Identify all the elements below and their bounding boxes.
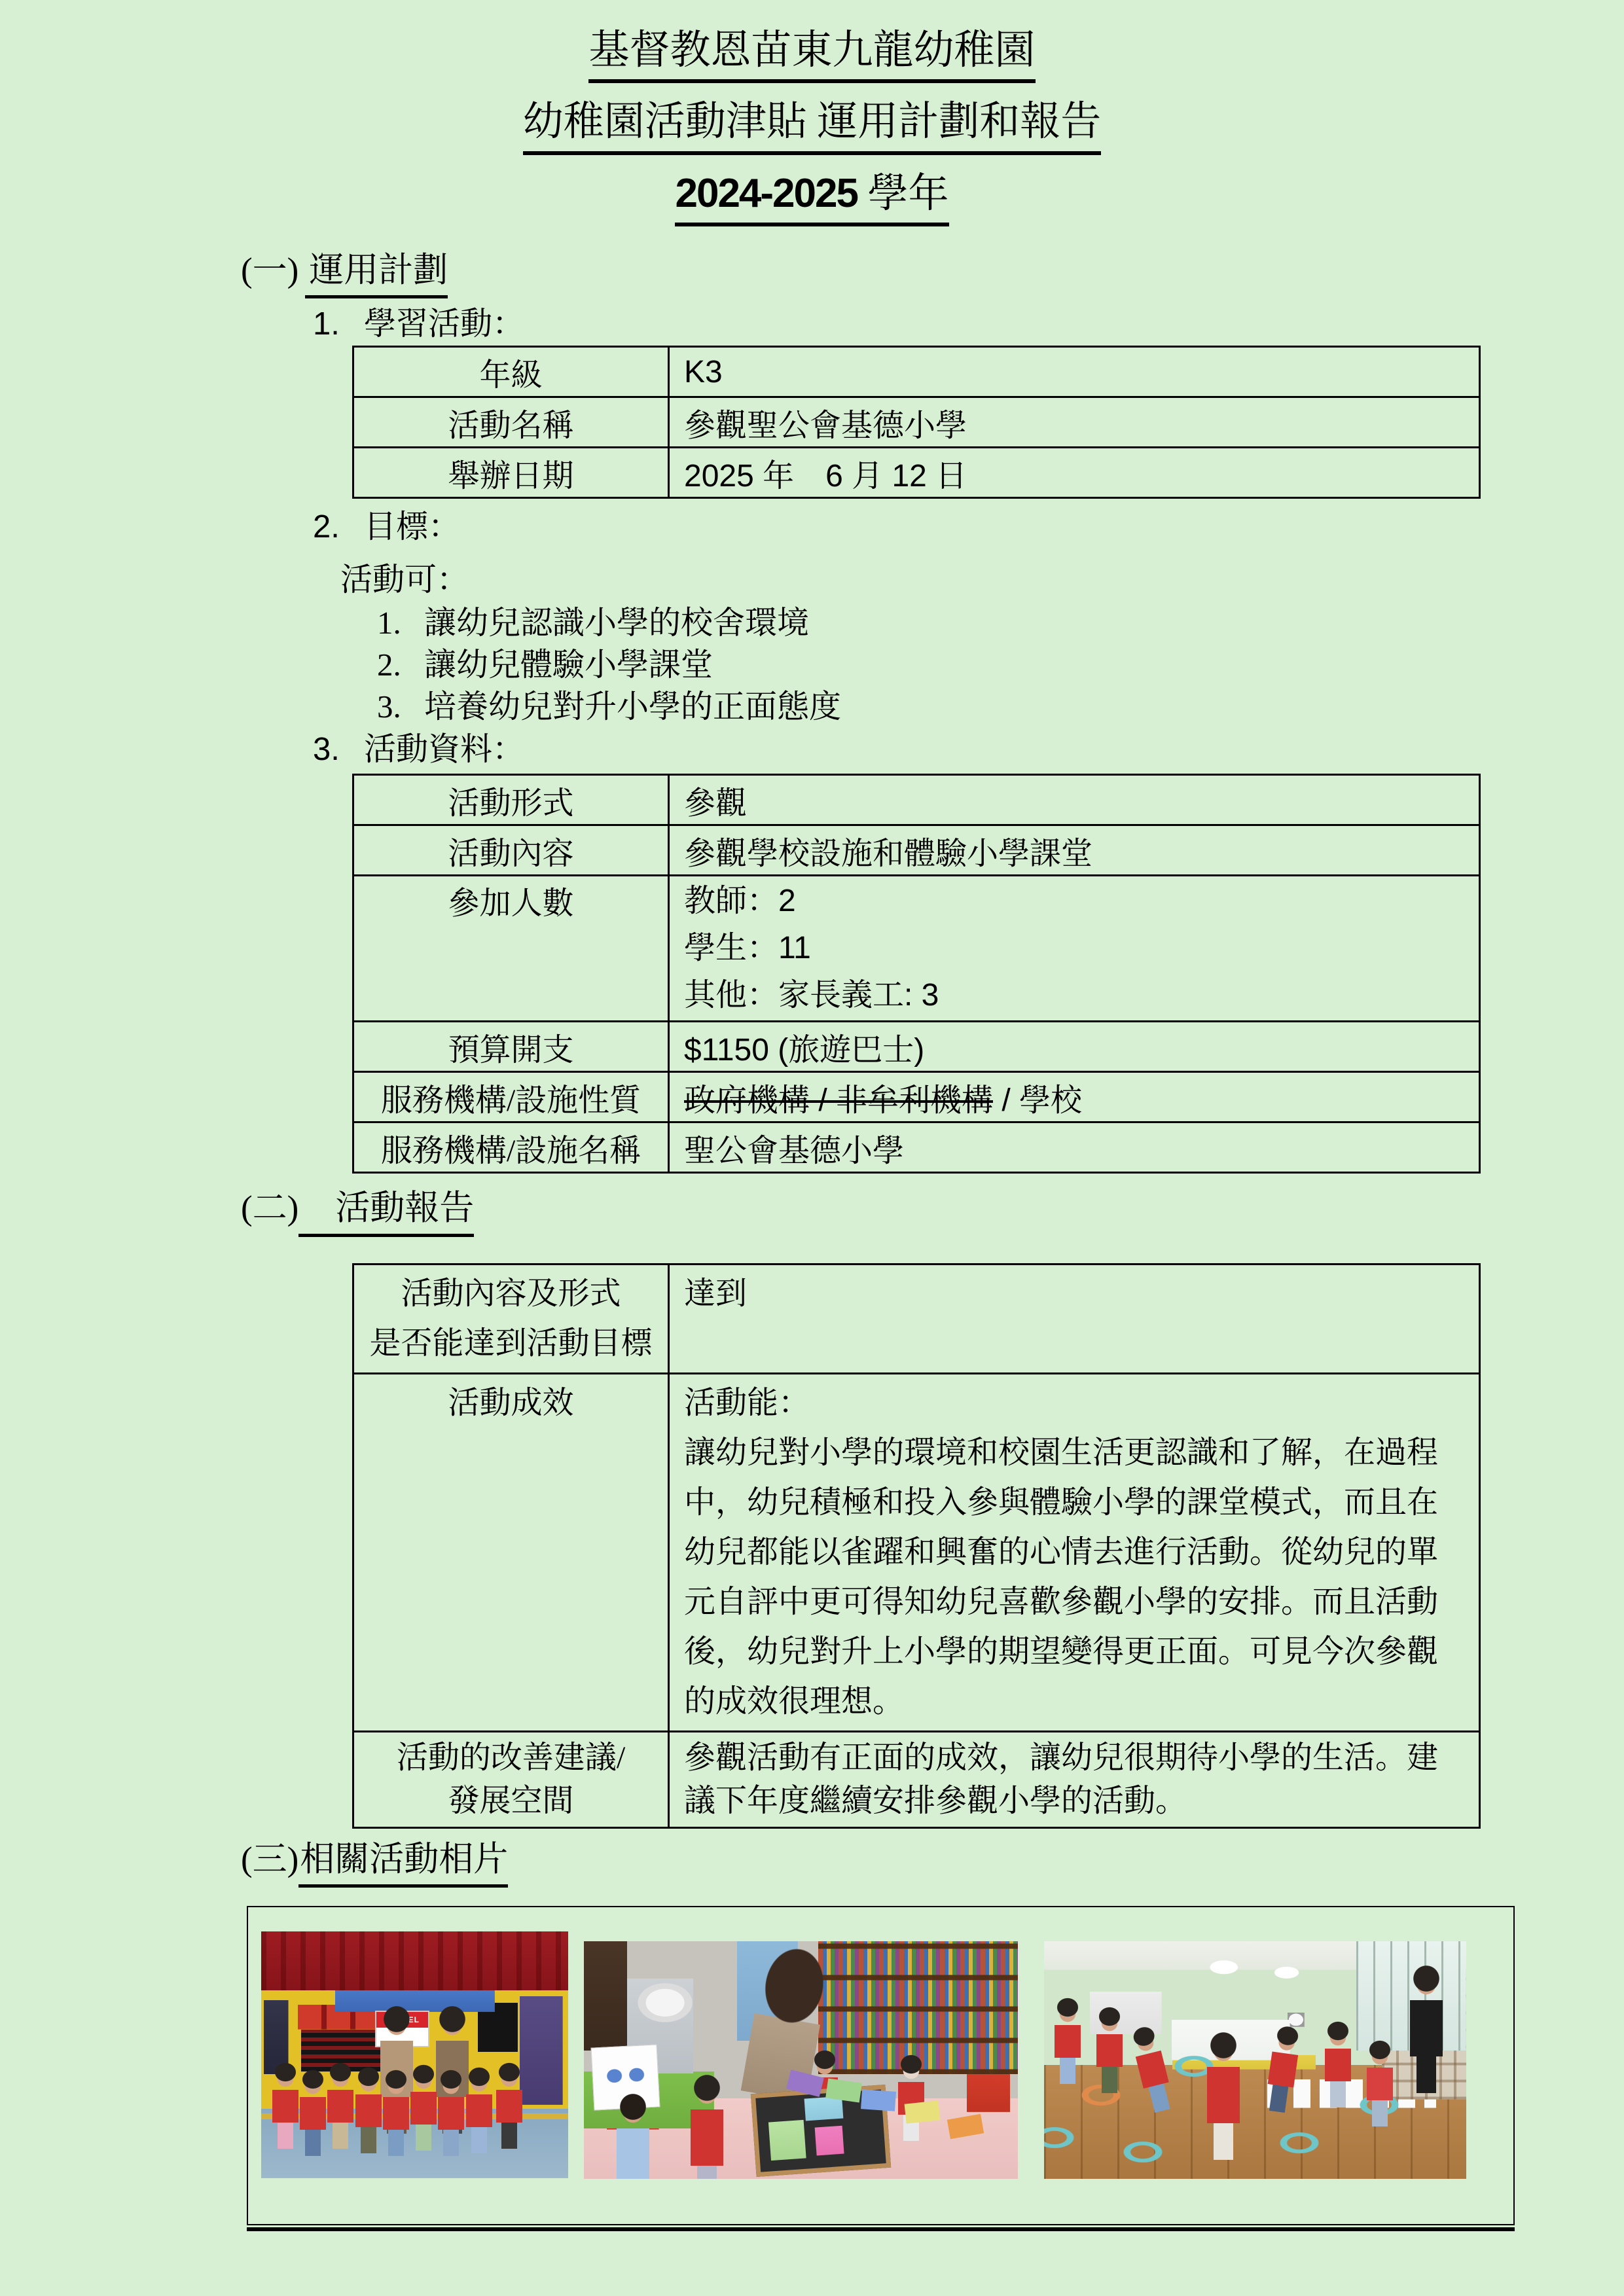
child-figure (408, 2064, 439, 2151)
row-budget-value: $1150 (旅遊巴士) (669, 1022, 1480, 1072)
participants-teachers: 教師：2 (684, 878, 1455, 925)
org-type-selected-option: / 學校 (993, 1083, 1082, 1118)
floor-marker (1044, 2125, 1077, 2150)
document-page: 基督教恩苗東九龍幼稚園 幼稚園活動津貼 運用計劃和報告 2024-2025 學年… (0, 0, 1624, 2296)
section-report-prefix: (二) (241, 1189, 298, 1227)
item-activity-info: 3. 活動資料： (313, 730, 1624, 768)
row-org-type-label: 服務機構/設施性質 (353, 1072, 669, 1122)
row-content-label: 活動內容 (353, 825, 669, 876)
goal-item: 2. 讓幼兒體驗小學課堂 (377, 644, 1624, 686)
row-content-value: 參觀學校設施和體驗小學課堂 (669, 825, 1480, 876)
school-year: 2024-2025 學年 (675, 170, 948, 226)
row-goal-met-label: 活動內容及形式 是否能達到活動目標 (353, 1264, 669, 1373)
word-card (947, 2113, 984, 2139)
year-suffix: 學年 (857, 171, 949, 216)
section-photos-title: 相關活動相片 (298, 1838, 508, 1888)
child-figure (270, 2062, 300, 2149)
report-table: 活動內容及形式 是否能達到活動目標 達到 活動成效 活動能： 讓幼兒對小學的環境… (352, 1263, 1481, 1829)
photo-box: TRAVEL BUS (247, 1906, 1515, 2225)
row-activity-name-label: 活動名稱 (353, 397, 669, 448)
goal-number: 1. (377, 602, 424, 644)
row-org-name-value: 聖公會基德小學 (669, 1122, 1480, 1173)
participants-students: 學生：11 (684, 925, 1455, 972)
table-row: 活動內容及形式 是否能達到活動目標 達到 (353, 1264, 1480, 1373)
row-org-name-label: 服務機構/設施名稱 (353, 1122, 669, 1173)
school-name: 基督教恩苗東九龍幼稚園 (588, 26, 1035, 83)
child-figure (1094, 2007, 1125, 2093)
child-figure (1323, 2021, 1353, 2108)
effect-label: 活動成效 (355, 1378, 667, 1428)
row-date-value: 2025 年 6 月 12 日 (669, 448, 1480, 498)
school-year-heading: 2024-2025 學年 (0, 170, 1624, 226)
school-hall-group-photo: TRAVEL BUS (261, 1931, 568, 2178)
activity-table: 年級 K3 活動名稱 參觀聖公會基德小學 舉辦日期 2025 年 6 月 12 … (352, 346, 1481, 499)
child-figure (1053, 1998, 1083, 2084)
year-range: 2024-2025 (675, 171, 857, 216)
document-title: 幼稚園活動津貼 運用計劃和報告 (523, 98, 1102, 154)
goal-number: 3. (377, 686, 424, 728)
child-figure (298, 2070, 328, 2156)
classroom-floor-game-photo (1044, 1941, 1466, 2179)
floor-marker (1276, 2130, 1322, 2155)
goals-intro: 活動可： (340, 562, 1624, 598)
item-label: 活動資料： (364, 730, 524, 768)
word-card (904, 2100, 940, 2123)
child-figure (381, 2070, 411, 2156)
item-learning-activity: 1. 學習活動： (313, 305, 1624, 343)
child-figure (1365, 2040, 1395, 2126)
table-row: 預算開支 $1150 (旅遊巴士) (353, 1022, 1480, 1072)
row-grade-label: 年級 (353, 347, 669, 397)
goal-met-label-line1: 活動內容及形式 (355, 1269, 667, 1319)
goal-met-label-line2: 是否能達到活動目標 (355, 1319, 667, 1369)
section-photos-prefix: (三) (241, 1840, 298, 1878)
table-row: 舉辦日期 2025 年 6 月 12 日 (353, 448, 1480, 498)
table-row: 參加人數 教師：2 學生：11 其他：家長義工: 3 (353, 876, 1480, 1022)
item-label: 目標： (364, 508, 460, 546)
table-row: 年級 K3 (353, 347, 1480, 397)
goals-list: 1. 讓幼兒認識小學的校舍環境 2. 讓幼兒體驗小學課堂 3. 培養幼兒對升小學… (0, 602, 1624, 728)
row-participants-label: 參加人數 (353, 876, 669, 1022)
child-figure (464, 2067, 494, 2153)
row-format-value: 參觀 (669, 775, 1480, 825)
goal-text: 讓幼兒體驗小學課堂 (424, 644, 713, 686)
table-row: 服務機構/設施名稱 聖公會基德小學 (353, 1122, 1480, 1173)
row-date-label: 舉辦日期 (353, 448, 669, 498)
library-table-activity-photo (584, 1941, 1018, 2179)
table-row: 活動形式 參觀 (353, 775, 1480, 825)
goal-number: 2. (377, 644, 424, 686)
document-title-heading: 幼稚園活動津貼 運用計劃和報告 (0, 98, 1624, 154)
table-row: 活動成效 活動能： 讓幼兒對小學的環境和校園生活更認識和了解，在過程中，幼兒積極… (353, 1373, 1480, 1731)
child-figure (688, 2074, 726, 2179)
goal-item: 3. 培養幼兒對升小學的正面態度 (377, 686, 1624, 728)
goal-text: 讓幼兒認識小學的校舍環境 (424, 602, 809, 644)
section-plan-heading: (一)運用計劃 (241, 249, 1624, 298)
table-row: 活動名稱 參觀聖公會基德小學 (353, 397, 1480, 448)
info-table: 活動形式 參觀 活動內容 參觀學校設施和體驗小學課堂 參加人數 教師：2 學生：… (352, 774, 1481, 1174)
section-plan-title: 運用計劃 (305, 249, 448, 298)
goal-text: 培養幼兒對升小學的正面態度 (424, 686, 841, 728)
row-effect-value: 活動能： 讓幼兒對小學的環境和校園生活更認識和了解，在過程中，幼兒積極和投入參與… (669, 1373, 1480, 1731)
child-figure (436, 2070, 466, 2156)
child-running-figure (1262, 2024, 1304, 2114)
goal-item: 1. 讓幼兒認識小學的校舍環境 (377, 602, 1624, 644)
row-grade-value: K3 (669, 347, 1480, 397)
item-number: 1. (313, 305, 364, 343)
effect-intro: 活動能： (684, 1378, 1455, 1428)
section-photos-heading: (三)相關活動相片 (241, 1838, 1624, 1888)
table-row: 活動的改善建議/ 發展空間 參觀活動有正面的成效，讓幼兒很期待小學的生活。建議下… (353, 1731, 1480, 1827)
school-name-heading: 基督教恩苗東九龍幼稚園 (0, 0, 1624, 83)
section-plan-prefix: (一) (241, 251, 298, 289)
child-figure (494, 2062, 524, 2149)
section-report-heading: (二)活動報告 (241, 1187, 1624, 1236)
row-format-label: 活動形式 (353, 775, 669, 825)
section-report-title: 活動報告 (298, 1187, 474, 1236)
participants-others: 其他：家長義工: 3 (684, 972, 1455, 1019)
table-row: 服務機構/設施性質 政府機構 / 非牟利機構 / 學校 (353, 1072, 1480, 1122)
word-card (861, 2089, 896, 2111)
child-figure (353, 2067, 384, 2153)
child-figure (896, 2054, 926, 2141)
child-running-figure (1204, 2032, 1242, 2160)
child-figure (614, 2093, 652, 2179)
row-org-type-value: 政府機構 / 非牟利機構 / 學校 (669, 1072, 1480, 1122)
teacher-photographing-figure (1407, 1965, 1445, 2093)
item-number: 2. (313, 508, 364, 546)
row-activity-name-value: 參觀聖公會基德小學 (669, 397, 1480, 448)
row-goal-met-value: 達到 (669, 1264, 1480, 1373)
row-improvement-value: 參觀活動有正面的成效，讓幼兒很期待小學的生活。建議下年度繼續安排參觀小學的活動。 (669, 1731, 1480, 1827)
row-effect-label: 活動成效 (353, 1373, 669, 1731)
table-row: 活動內容 參觀學校設施和體驗小學課堂 (353, 825, 1480, 876)
improvement-label-line1: 活動的改善建議/ (355, 1736, 667, 1780)
row-improvement-label: 活動的改善建議/ 發展空間 (353, 1731, 669, 1827)
bottom-rule (247, 2227, 1515, 2231)
floor-marker (1120, 2140, 1166, 2164)
title-block: 基督教恩苗東九龍幼稚園 幼稚園活動津貼 運用計劃和報告 2024-2025 學年 (0, 0, 1624, 226)
improvement-label-line2: 發展空間 (355, 1780, 667, 1823)
row-budget-label: 預算開支 (353, 1022, 669, 1072)
child-running-figure (1127, 2024, 1178, 2115)
row-participants-value: 教師：2 學生：11 其他：家長義工: 3 (669, 876, 1480, 1022)
item-number: 3. (313, 730, 364, 768)
item-label: 學習活動： (364, 305, 524, 343)
org-type-struck-options: 政府機構 / 非牟利機構 (684, 1083, 993, 1118)
child-figure (325, 2062, 355, 2149)
effect-body: 讓幼兒對小學的環境和校園生活更認識和了解，在過程中，幼兒積極和投入參與體驗小學的… (684, 1428, 1455, 1727)
item-objective: 2. 目標： (313, 508, 1624, 546)
